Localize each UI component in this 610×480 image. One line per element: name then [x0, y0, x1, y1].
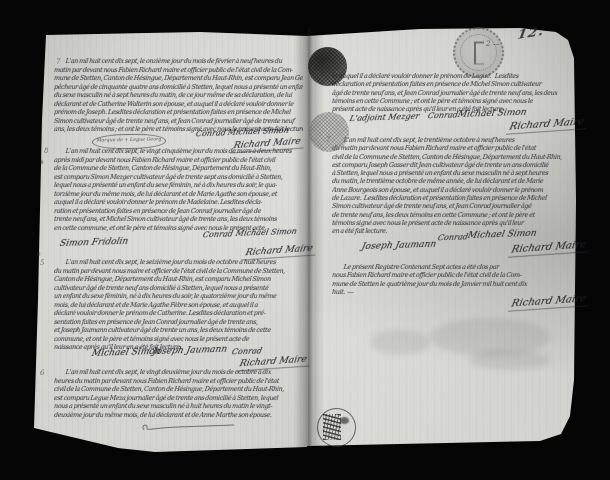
- handwritten-text-line: L'an mil huit cent dix sept, le vingt ci…: [54, 148, 303, 157]
- entry-margin-mark: 8: [44, 147, 48, 155]
- act-entry-text: et auquel il a déclaré vouloir donner le…: [332, 73, 568, 116]
- handwritten-text-line: Simon cultivateur âgé de trente neuf ans…: [332, 203, 568, 211]
- ink-blot: [37, 252, 40, 256]
- handwritten-text-line: auquel il a déclaré vouloir donner le pr…: [54, 199, 303, 208]
- seal-emblem-scrawl: [323, 414, 341, 440]
- handwritten-text-line: mois, de lui déclarant et de Marie Agath…: [54, 302, 303, 311]
- handwritten-text-line: civil de la Commune de Stetten, Canton d…: [332, 154, 568, 162]
- handwritten-text-line: témoins en cette Commune ; et ont le pèr…: [332, 98, 568, 106]
- entry-margin-mark: 6: [40, 369, 44, 377]
- handwritten-text-line: heures du matin par devant nous Fabien R…: [54, 378, 303, 387]
- handwritten-text-line: du matin par devant nous maire et offici…: [54, 268, 303, 277]
- ink-blot: [40, 160, 43, 164]
- seal-emblem: [474, 41, 484, 64]
- handwritten-text-line: matin par devant nous Fabien Richard mai…: [54, 67, 303, 76]
- signature: Conrad: [437, 232, 469, 242]
- handwritten-text-line: est comparu Legue Meza journalier âgé de…: [54, 395, 303, 404]
- act-entry-text: L'an mil huit cent dix sept, le vingt ci…: [54, 148, 303, 234]
- handwritten-text-line: L'an mil huit cent dix sept, le seizième…: [54, 259, 303, 268]
- handwritten-text-line: du sexe masculin né à sept heures du mat…: [54, 92, 303, 101]
- paper-smudge: [470, 350, 550, 370]
- signature: Conrad: [202, 229, 234, 239]
- handwritten-text-line: Anne Bourgeois son épouse, et auquel il …: [332, 187, 568, 195]
- handwritten-text-line: huit. —: [332, 289, 568, 297]
- handwritten-text-line: nous a présenté un enfant du sexe mascul…: [54, 403, 303, 412]
- handwritten-text-line: deuxième jour du même mois, de lui décla…: [54, 412, 303, 421]
- entry-margin-mark: 5: [40, 259, 44, 267]
- handwritten-text-line: Canton de Hésingue, Département du Haut-…: [54, 276, 303, 285]
- handwritten-text-line: trente neuf ans, et Michel Simon cultiva…: [54, 216, 303, 225]
- handwritten-text-line: de la Commune de Stetten, Canton de Hési…: [54, 165, 303, 174]
- handwritten-text-line: torzième jour du même mois, de lui décla…: [54, 191, 303, 200]
- handwritten-text-line: un enfant du sexe féminin, né à dix heur…: [54, 293, 303, 302]
- act-entry-text: L'an mil huit cent dix sept, le vingt de…: [54, 369, 303, 424]
- handwritten-text-line: du matin par devant nous Fabien Richard …: [332, 145, 568, 153]
- seal-caption: 2 —: [486, 40, 500, 48]
- handwritten-text-line: L'an mil huit cent dix sept, le onzième …: [54, 58, 303, 67]
- microfilm-scan: 7 L'an mil huit cent dix sept, le onzièm…: [0, 0, 610, 480]
- handwritten-text-line: est comparu Joseph Gasser dit Jean culti…: [332, 162, 568, 170]
- handwritten-text-line: prénom de Joseph. Lesdites déclaration e…: [54, 109, 303, 118]
- signature: Conrad: [231, 346, 263, 356]
- paper-smudge: [370, 330, 430, 355]
- handwritten-text-line: civil de la Commune de Stetten, Canton d…: [54, 386, 303, 395]
- act-entry-text: L'an mil huit cent dix sept, le trentièm…: [332, 137, 568, 237]
- signature: Conrad: [427, 110, 459, 120]
- dark-hatched-seal-icon: [308, 47, 347, 86]
- pen-flourish: [138, 422, 238, 434]
- handwritten-text-line: nous Fabien Richard maire et officier pu…: [332, 272, 568, 280]
- handwritten-text-line: lequel nous a présenté un enfant du sexe…: [54, 182, 303, 191]
- handwritten-text-line: Simon cultivateur âgé de trente neuf ans…: [54, 118, 303, 127]
- seal-ink-blob: [340, 417, 349, 424]
- handwritten-text-line: pêcheur âgé de cinquante quatre ans domi…: [54, 84, 303, 93]
- light-hatched-seal-icon: [309, 112, 349, 152]
- act-entry-text: L'an mil huit cent dix sept, le seizième…: [54, 259, 303, 354]
- handwritten-text-line: mune de Stetten le quatrième jour du moi…: [332, 281, 568, 289]
- ink-emblem-seal-icon: [317, 408, 356, 447]
- handwritten-text-line: déclarant et de Catherine Walterin son é…: [54, 101, 303, 110]
- act-entry-text: L'an mil huit cent dix sept, le onzième …: [54, 58, 303, 137]
- handwritten-text-line: L'an mil huit cent dix sept, le vingt de…: [54, 369, 303, 378]
- handwritten-text-line: ration et présentation faites en présenc…: [54, 208, 303, 217]
- handwritten-text-line: du matin, le trentième octobre de même a…: [332, 178, 568, 186]
- register-closing-text: Le présent Registre Contenant Sept actes…: [332, 264, 568, 301]
- handwritten-text-line: cultivateur âgé de trente neuf ans domic…: [54, 285, 303, 294]
- handwritten-text-line: âgé de trente neuf ans, et Jean Conrad j…: [332, 90, 568, 98]
- official-round-seal-icon: [453, 27, 504, 78]
- handwritten-text-line: commune, et ont le père et témoins signé…: [54, 336, 303, 345]
- handwritten-text-line: déclaration et présentation faites en pr…: [332, 81, 568, 89]
- handwritten-text-line: déclaré vouloir donner le prénom de Cath…: [54, 310, 303, 319]
- signature: Conrad: [195, 128, 227, 138]
- handwritten-text-line: et Joseph Jaumann cultivateur âgé de tre…: [54, 327, 303, 336]
- handwritten-text-line: mune de Stetten, Canton de Hésingue, Dép…: [54, 75, 303, 84]
- handwritten-text-line: est comparu Simon Mezger cultivateur âgé…: [54, 174, 303, 183]
- handwritten-text-line: après midi par devant nous Fabien Richar…: [54, 157, 303, 166]
- handwritten-text-line: sentation faites en présence de Jean Con…: [54, 319, 303, 328]
- handwritten-text-line: de trente neuf ans, les deux témoins en …: [332, 212, 568, 220]
